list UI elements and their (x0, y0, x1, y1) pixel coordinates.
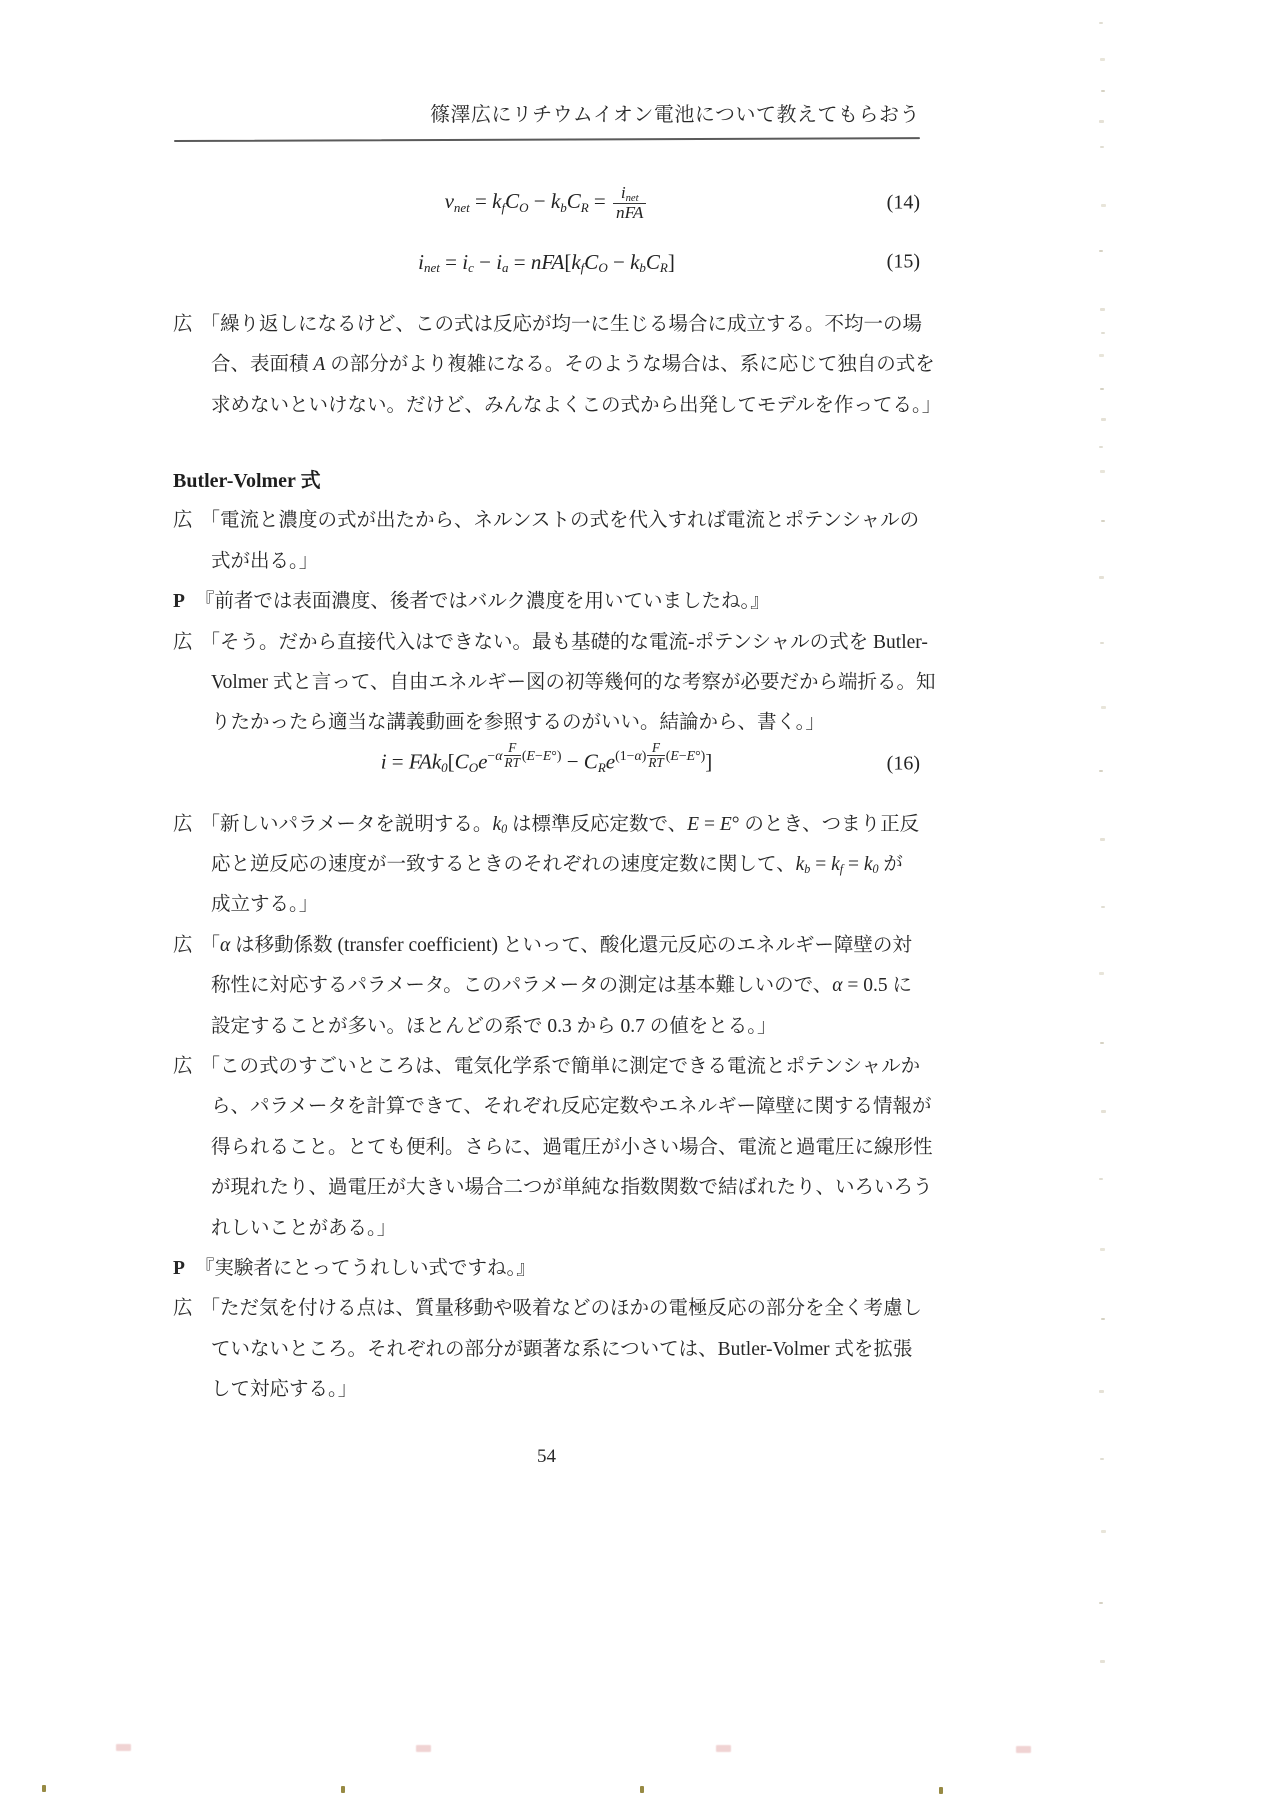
scan-pink-mark (716, 1745, 731, 1752)
scan-dot (1101, 520, 1105, 522)
line-text: 「新しいパラメータを説明する。k0 は標準反応定数で、E = E° のとき、つま… (201, 814, 920, 835)
scan-dot (1101, 1110, 1106, 1113)
dialogue-line: 広「電流と濃度の式が出たから、ネルンストの式を代入すれば電流とポテンシャルの (173, 501, 919, 541)
running-header-title: 篠澤広にリチウムイオン電池について教えてもらおう (430, 99, 920, 131)
line-text: 成立する。」 (211, 894, 318, 915)
scan-dot (1100, 642, 1104, 644)
dialogue-line: 応と逆反応の速度が一致するときのそれぞれの速度定数に関して、kb = kf = … (211, 845, 903, 885)
dialogue-line: して対応する。」 (211, 1370, 357, 1410)
dialogue-line: P『前者では表面濃度、後者ではバルク濃度を用いていましたね。』 (173, 582, 770, 622)
equation-15-number: (15) (887, 251, 920, 274)
scan-dot (1100, 146, 1104, 148)
speaker-label: P (173, 582, 185, 622)
scan-olive-mark (341, 1786, 345, 1793)
speaker-label: 広 (173, 305, 193, 345)
scan-dot (1100, 1458, 1104, 1460)
dialogue-line: 得られること。とても便利。さらに、過電圧が小さい場合、電流と過電圧に線形性 (211, 1128, 933, 1168)
line-text: 求めないといけない。だけど、みんなよくこの式から出発してモデルを作ってる。」 (211, 395, 941, 416)
dialogue-line: れしいことがある。」 (211, 1209, 396, 1249)
line-text: 設定することが多い。ほとんどの系で 0.3 から 0.7 の値をとる。」 (211, 1016, 777, 1037)
line-text: 称性に対応するパラメータ。このパラメータの測定は基本難しいので、α = 0.5 … (211, 975, 912, 996)
scan-dot (1100, 58, 1105, 61)
dialogue-line: 広「そう。だから直接代入はできない。最も基礎的な電流-ポテンシャルの式を But… (173, 623, 928, 663)
scan-dot (1099, 972, 1104, 975)
scan-dot (1099, 120, 1104, 123)
line-text: 「α は移動係数 (transfer coefficient) といって、酸化還… (201, 935, 912, 956)
scan-dot (1101, 204, 1106, 207)
line-text: りたかったら適当な講義動画を参照するのがいい。結論から、書く。」 (211, 712, 825, 733)
scan-pink-mark (116, 1744, 131, 1751)
scan-dot (1099, 354, 1104, 357)
dialogue-line: が現れたり、過電圧が大きい場合二つが単純な指数関数で結ばれたり、いろいろう (211, 1168, 933, 1208)
scan-dot (1100, 470, 1105, 473)
equation-16-number: (16) (887, 753, 920, 776)
line-text: ていないところ。それぞれの部分が顕著な系については、Butler-Volmer … (211, 1339, 912, 1360)
page-number: 54 (173, 1446, 920, 1468)
equation-16: i = FAk0[COe−αFRT(E−E°) − CRe(1−α)FRT(E−… (173, 736, 920, 792)
scan-dot (1099, 22, 1103, 24)
dialogue-line: 広「繰り返しになるけど、この式は反応が均一に生じる場合に成立する。不均一の場 (173, 305, 922, 345)
speaker-label: 広 (173, 1047, 193, 1087)
dialogue-line: P『実験者にとってうれしい式ですね。』 (173, 1249, 536, 1289)
speaker-label: 広 (173, 926, 193, 966)
dialogue-line: 合、表面積 A の部分がより複雑になる。そのような場合は、系に応じて独自の式を (211, 345, 935, 385)
line-text: 合、表面積 A の部分がより複雑になる。そのような場合は、系に応じて独自の式を (211, 354, 935, 375)
scan-dot (1099, 770, 1103, 772)
scan-olive-mark (42, 1785, 46, 1792)
dialogue-line: 広「この式のすごいところは、電気化学系で簡単に測定できる電流とポテンシャルか (173, 1047, 920, 1087)
scan-dot (1099, 1390, 1104, 1393)
equation-14-body: vnet = kfCO − kbCR = inetnFA (445, 184, 649, 222)
dialogue-line: ていないところ。それぞれの部分が顕著な系については、Butler-Volmer … (211, 1330, 912, 1370)
scan-dot (1100, 308, 1105, 311)
line-text: 『前者では表面濃度、後者ではバルク濃度を用いていましたね。』 (195, 591, 770, 612)
equation-15: inet = ic − ia = nFA[kfCO − kbCR] (15) (173, 244, 920, 280)
dialogue-line: 広「新しいパラメータを説明する。k0 は標準反応定数で、E = E° のとき、つ… (173, 805, 919, 845)
dialogue-line: 設定することが多い。ほとんどの系で 0.3 から 0.7 の値をとる。」 (211, 1007, 777, 1047)
scan-dot (1099, 1178, 1103, 1180)
line-text: 式が出る。」 (211, 551, 318, 572)
line-text: 『実験者にとってうれしい式ですね。』 (195, 1258, 536, 1279)
speaker-label: P (173, 1249, 185, 1289)
dialogue-line: 式が出る。」 (211, 542, 318, 582)
equation-16-body: i = FAk0[COe−αFRT(E−E°) − CRe(1−α)FRT(E−… (381, 749, 713, 778)
scan-olive-mark (640, 1786, 644, 1793)
scan-dot (1101, 706, 1106, 709)
speaker-label: 広 (173, 1289, 193, 1329)
section-heading: Butler-Volmer 式 (173, 467, 321, 495)
scan-dot (1101, 418, 1106, 421)
header-rule (174, 137, 920, 142)
scan-dot (1101, 906, 1105, 908)
speaker-label: 広 (173, 623, 193, 663)
line-text: Volmer 式と言って、自由エネルギー図の初等幾何的な考察が必要だから端折る。… (211, 672, 936, 693)
speaker-label: 広 (173, 501, 193, 541)
scan-olive-mark (939, 1787, 943, 1794)
line-text: 「ただ気を付ける点は、質量移動や吸着などのほかの電極反応の部分を全く考慮し (201, 1298, 923, 1319)
line-text: 「この式のすごいところは、電気化学系で簡単に測定できる電流とポテンシャルか (201, 1056, 921, 1077)
equation-14: vnet = kfCO − kbCR = inetnFA (14) (173, 168, 920, 238)
dialogue-line: 求めないといけない。だけど、みんなよくこの式から出発してモデルを作ってる。」 (211, 386, 941, 426)
line-text: が現れたり、過電圧が大きい場合二つが単純な指数関数で結ばれたり、いろいろう (211, 1177, 933, 1198)
document-page: 篠澤広にリチウムイオン電池について教えてもらおう vnet = kfCO − k… (0, 0, 1280, 1809)
dialogue-line: Volmer 式と言って、自由エネルギー図の初等幾何的な考察が必要だから端折る。… (211, 663, 936, 703)
scan-dot (1100, 388, 1104, 390)
line-text: 「そう。だから直接代入はできない。最も基礎的な電流-ポテンシャルの式を Butl… (201, 632, 928, 653)
line-text: して対応する。」 (211, 1379, 357, 1400)
speaker-label: 広 (173, 805, 193, 845)
line-text: 「繰り返しになるけど、この式は反応が均一に生じる場合に成立する。不均一の場 (201, 314, 923, 335)
line-text: れしいことがある。」 (211, 1218, 396, 1239)
scan-dot (1101, 1530, 1106, 1533)
scan-dot (1100, 1248, 1105, 1251)
line-text: ら、パラメータを計算できて、それぞれ反応定数やエネルギー障壁に関する情報が (211, 1096, 932, 1117)
dialogue-line: 広「α は移動係数 (transfer coefficient) といって、酸化… (173, 926, 912, 966)
dialogue-line: 称性に対応するパラメータ。このパラメータの測定は基本難しいので、α = 0.5 … (211, 966, 912, 1006)
scan-dot (1101, 1318, 1105, 1320)
line-text: 応と逆反応の速度が一致するときのそれぞれの速度定数に関して、kb = kf = … (211, 854, 903, 875)
scan-dot (1100, 1660, 1105, 1663)
scan-pink-mark (416, 1745, 431, 1752)
line-text: 「電流と濃度の式が出たから、ネルンストの式を代入すれば電流とポテンシャルの (201, 510, 920, 531)
scan-dot (1100, 838, 1105, 841)
dialogue-line: ら、パラメータを計算できて、それぞれ反応定数やエネルギー障壁に関する情報が (211, 1087, 932, 1127)
equation-14-number: (14) (887, 192, 920, 215)
line-text: 得られること。とても便利。さらに、過電圧が小さい場合、電流と過電圧に線形性 (211, 1137, 933, 1158)
scan-dot (1099, 250, 1103, 252)
scan-pink-mark (1016, 1746, 1031, 1753)
scan-dot (1101, 332, 1105, 334)
scan-dot (1099, 576, 1104, 579)
scan-dot (1099, 446, 1103, 448)
equation-15-body: inet = ic − ia = nFA[kfCO − kbCR] (418, 250, 675, 275)
scan-dot (1100, 1042, 1104, 1044)
dialogue-line: 成立する。」 (211, 885, 318, 925)
dialogue-line: 広「ただ気を付ける点は、質量移動や吸着などのほかの電極反応の部分を全く考慮し (173, 1289, 922, 1329)
scan-dot (1101, 90, 1105, 92)
scan-dot (1099, 1602, 1103, 1604)
